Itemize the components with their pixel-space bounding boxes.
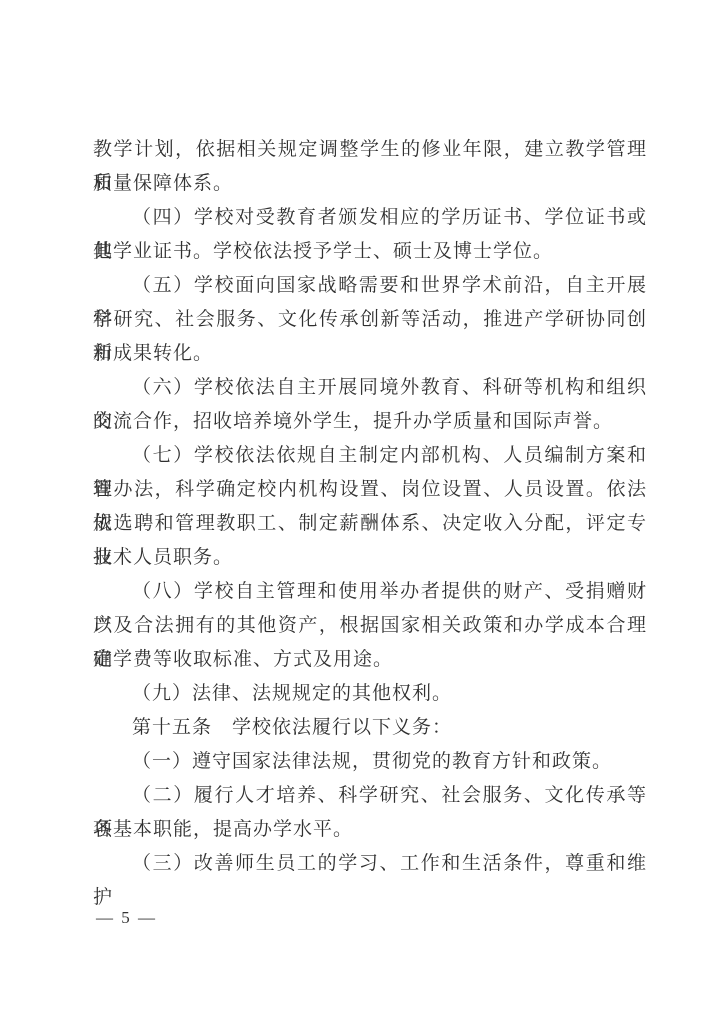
text-line: （九）法律、法规规定的其他权利。 [93,677,647,711]
document-page: 教学计划，依据相关规定调整学生的修业年限，建立教学管理和质量保障体系。（四）学校… [0,0,724,1023]
text-line: 技术人员职务。 [93,541,647,575]
text-line: 他学业证书。学校依法授予学士、硕士及博士学位。 [93,235,647,269]
text-line: （五）学校面向国家战略需要和世界学术前沿，自主开展科 [93,269,647,303]
text-line: （一）遵守国家法律法规，贯彻党的教育方针和政策。 [93,745,647,779]
text-line: （三）改善师生员工的学习、工作和生活条件，尊重和维护 [93,847,647,881]
text-line: （四）学校对受教育者颁发相应的学历证书、学位证书或其 [93,201,647,235]
text-line: 交流合作，招收培养境外学生，提升办学质量和国际声誉。 [93,405,647,439]
text-line: 项基本职能，提高办学水平。 [93,813,647,847]
text-line: （八）学校自主管理和使用举办者提供的财产、受捐赠财产 [93,575,647,609]
text-line: 规选聘和管理教职工、制定薪酬体系、决定收入分配，评定专业 [93,507,647,541]
text-line: 理办法，科学确定校内机构设置、岗位设置、人员设置。依法依 [93,473,647,507]
document-body: 教学计划，依据相关规定调整学生的修业年限，建立教学管理和质量保障体系。（四）学校… [93,133,647,881]
text-line: （七）学校依法依规自主制定内部机构、人员编制方案和管 [93,439,647,473]
text-line: 以及合法拥有的其他资产，根据国家相关政策和办学成本合理确 [93,609,647,643]
text-line: 学研究、社会服务、文化传承创新等活动，推进产学研协同创新 [93,303,647,337]
text-line: （二）履行人才培养、科学研究、社会服务、文化传承等各 [93,779,647,813]
text-line: 教学计划，依据相关规定调整学生的修业年限，建立教学管理和 [93,133,647,167]
text-line: 和成果转化。 [93,337,647,371]
text-line: 质量保障体系。 [93,167,647,201]
text-line: （六）学校依法自主开展同境外教育、科研等机构和组织的 [93,371,647,405]
text-line: 定学费等收取标准、方式及用途。 [93,643,647,677]
text-line: 第十五条 学校依法履行以下义务： [93,711,647,745]
page-number: — 5 — [96,906,157,930]
